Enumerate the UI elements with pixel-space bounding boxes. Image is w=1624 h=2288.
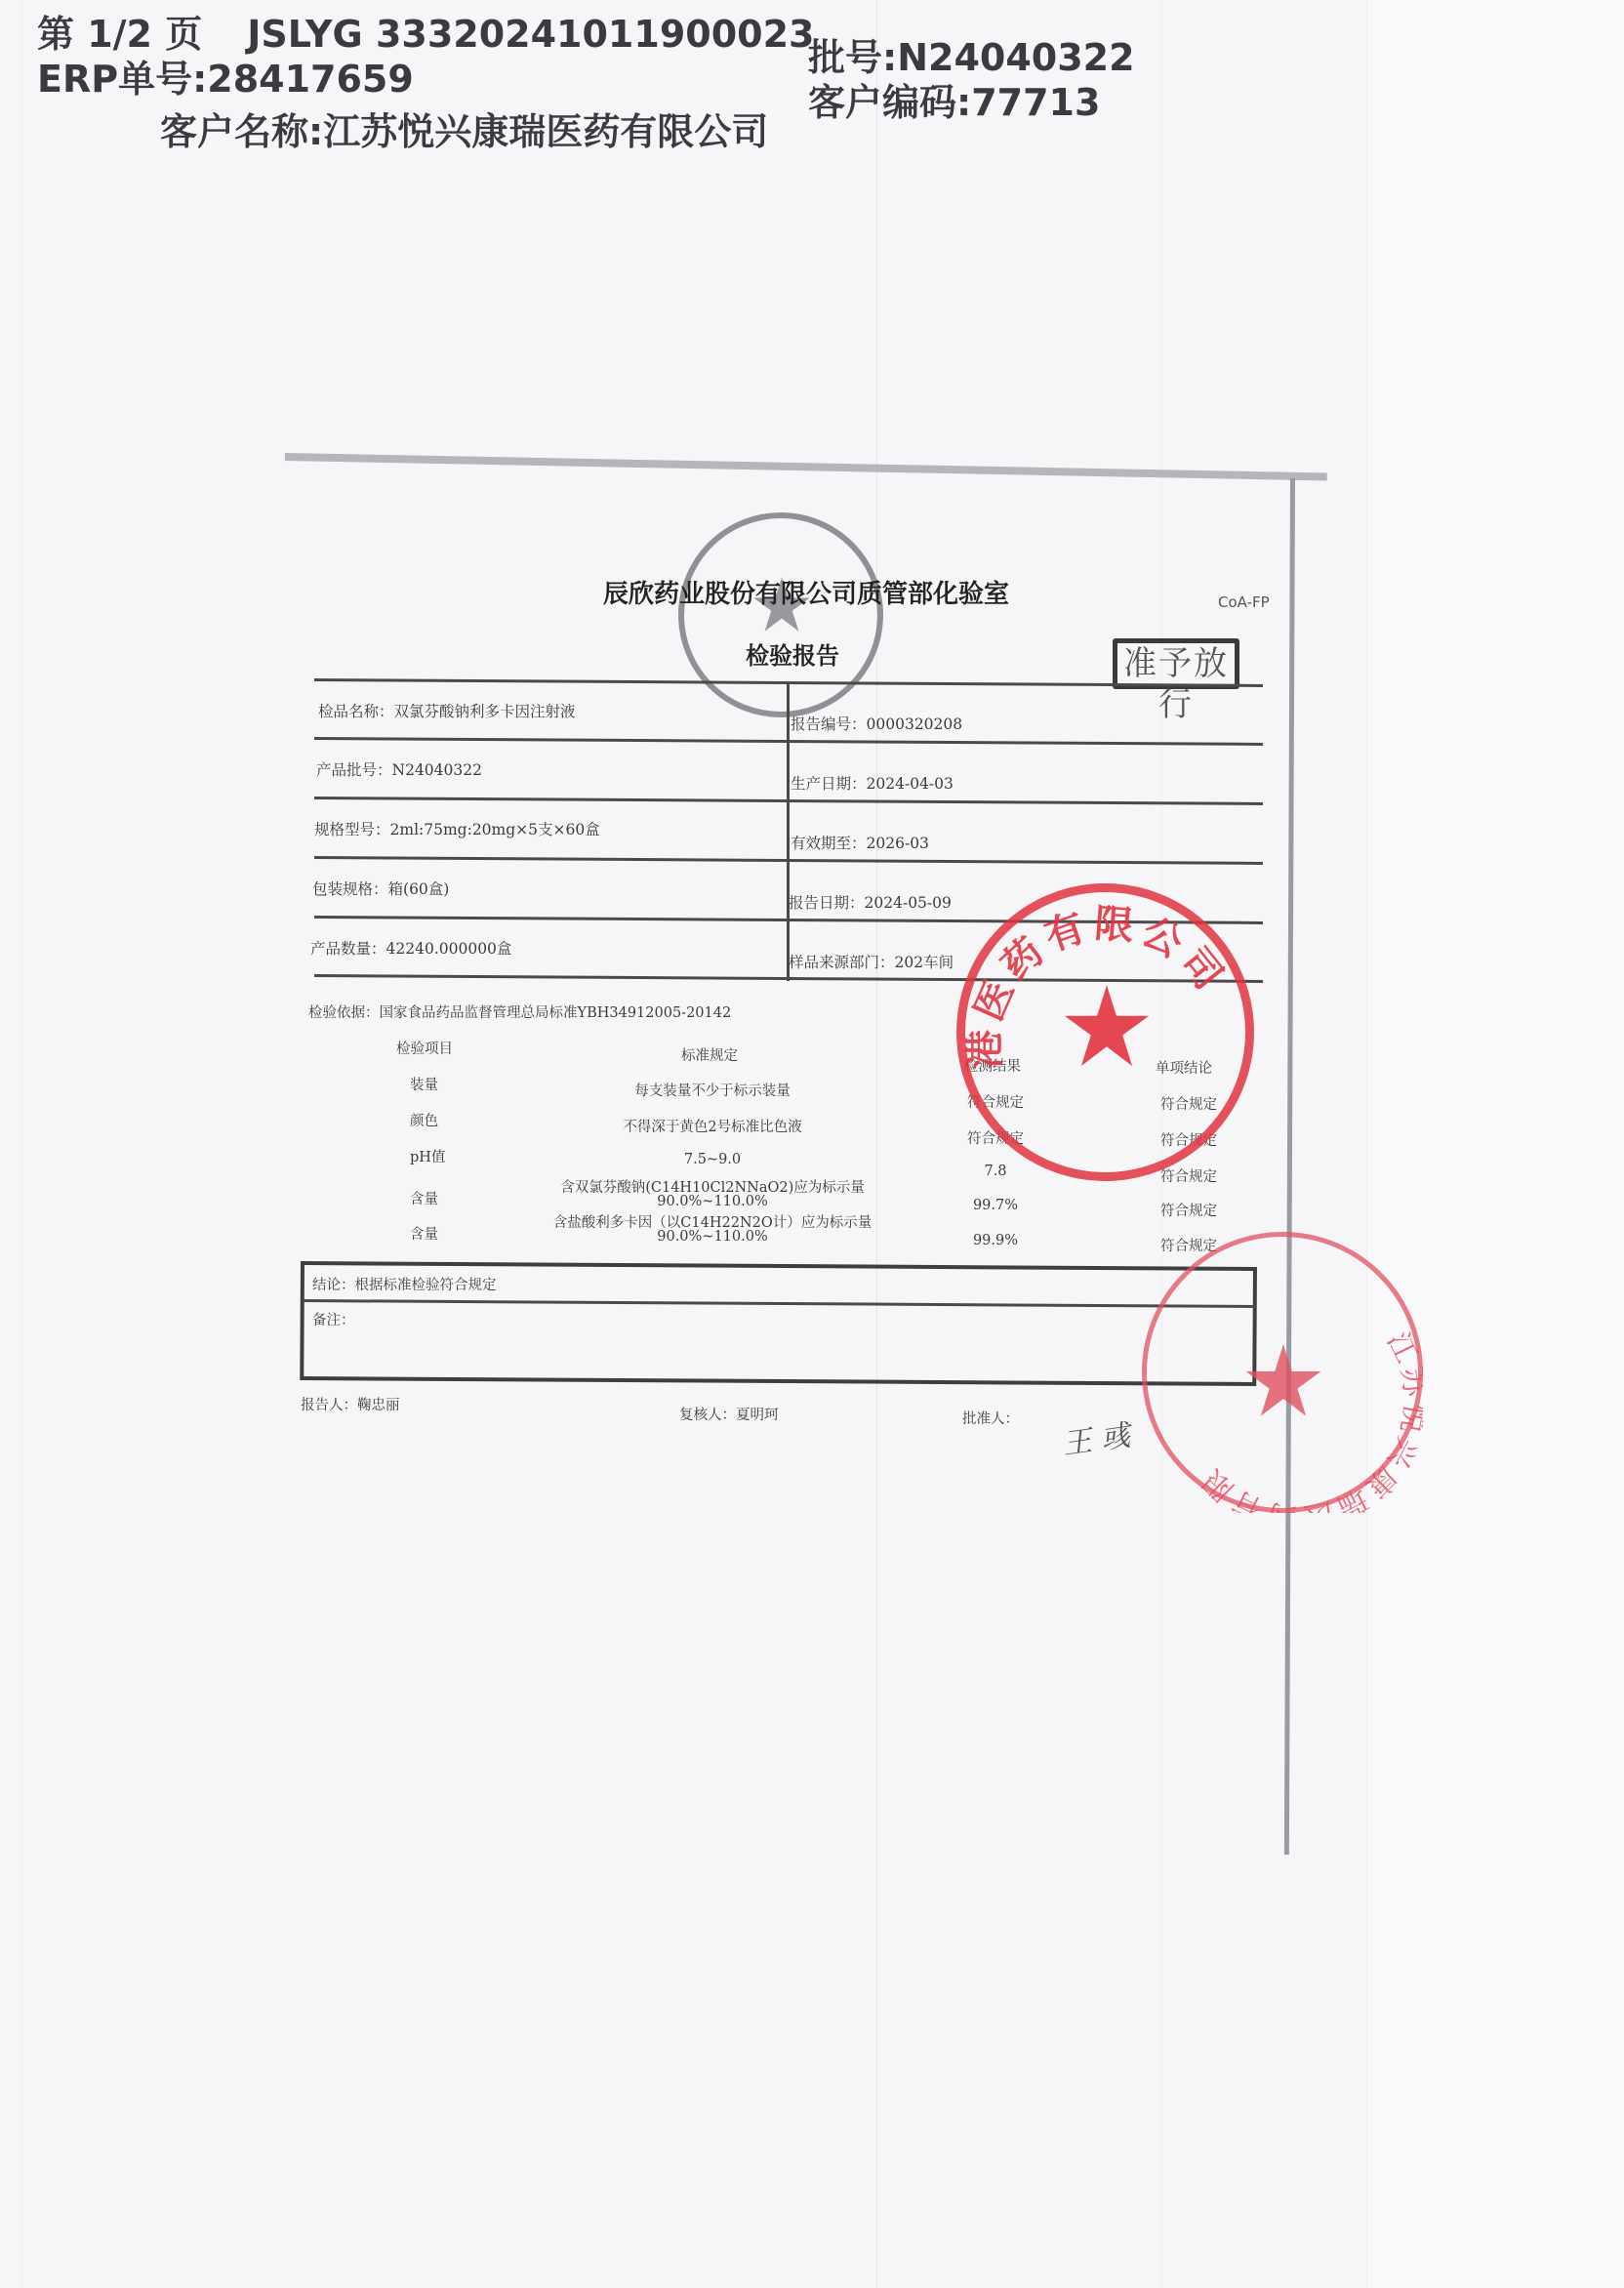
field-value: 42240.000000盒 (386, 940, 512, 958)
field-label: 产品数量： (310, 940, 386, 958)
field-quantity: 产品数量：42240.000000盒 (310, 937, 511, 959)
result-value: 99.9% (973, 1233, 1018, 1248)
conclusion-label: 结论： (312, 1278, 355, 1293)
reviewer-label: 复核人： (679, 1408, 736, 1423)
col-header-item: 检验项目 (396, 1038, 453, 1058)
field-value: 202车间 (895, 954, 954, 971)
approver-label: 批准人： (962, 1408, 1019, 1428)
customer-seal-red: 江苏悦兴康瑞医药有限公司 (1142, 1232, 1423, 1513)
field-value: 2026-03 (867, 835, 929, 852)
result-item: pH值 (410, 1146, 445, 1166)
reporter-name: 鞠忠丽 (357, 1398, 400, 1413)
col-header-standard: 标准规定 (681, 1044, 738, 1065)
field-label: 报告编号： (791, 715, 867, 733)
field-label: 检品名称： (318, 703, 394, 720)
result-item: 装量 (410, 1074, 438, 1094)
result-standard: 每支装量不少于标示装量 (634, 1080, 791, 1100)
field-value: 双氯芬酸钠利多卡因注射液 (394, 703, 576, 720)
result-item: 颜色 (410, 1110, 438, 1130)
field-label: 有效期至： (791, 835, 867, 852)
field-label: 样品来源部门： (789, 954, 895, 971)
basis-value: 国家食品药品监督管理总局标准YBH34912005-20142 (380, 1005, 732, 1021)
result-standard-range: 90.0%~110.0% (657, 1194, 768, 1209)
field-report-date: 报告日期：2024-05-09 (789, 891, 952, 913)
report-title: 检验报告 (746, 636, 839, 671)
field-label: 产品批号： (316, 761, 392, 779)
field-label: 报告日期： (789, 894, 865, 912)
field-product-name: 检品名称：双氯芬酸钠利多卡因注射液 (318, 700, 576, 721)
field-specification: 规格型号：2ml:75mg:20mg×5支×60盒 (314, 818, 600, 839)
conclusion-value: 根据标准检验符合规定 (355, 1278, 497, 1293)
result-conclusion: 符合规定 (1160, 1200, 1217, 1220)
field-label: 生产日期： (791, 775, 867, 793)
seal-text-ring: 江苏悦兴康瑞医药有限公司 (1142, 1232, 1423, 1513)
field-value: 2024-04-03 (867, 775, 954, 793)
field-value: 箱(60盒) (388, 880, 450, 898)
result-item: 含量 (410, 1223, 438, 1244)
field-report-number: 报告编号：0000320208 (791, 713, 962, 734)
seal-text-ring: 港医药有限公司 (956, 883, 1254, 1181)
field-sample-source: 样品来源部门：202车间 (789, 951, 954, 972)
reviewer-name: 夏明珂 (736, 1408, 779, 1423)
field-value: 2024-05-09 (865, 894, 952, 912)
field-production-date: 生产日期：2024-04-03 (791, 772, 954, 794)
field-value: N24040322 (392, 761, 482, 779)
inspection-basis: 检验依据：国家食品药品监督管理总局标准YBH34912005-20142 (308, 1001, 731, 1022)
form-code: CoA-FP (1218, 593, 1270, 611)
inspection-report: 辰欣药业股份有限公司质管部化验室 检验报告 CoA-FP 准予放行 检品名称：双… (0, 0, 1624, 2288)
company-title: 辰欣药业股份有限公司质管部化验室 (603, 574, 1009, 610)
quality-seal-red: 港医药有限公司 (956, 883, 1254, 1181)
release-stamp: 准予放行 (1113, 638, 1239, 689)
remark-label: 备注： (312, 1313, 355, 1328)
field-value: 0000320208 (867, 715, 963, 733)
result-standard-range: 90.0%~110.0% (657, 1229, 768, 1245)
result-item: 含量 (410, 1188, 438, 1208)
field-label: 规格型号： (314, 821, 390, 838)
reviewer: 复核人：夏明珂 (679, 1404, 779, 1424)
conclusion: 结论：根据标准检验符合规定 (312, 1274, 497, 1294)
field-expiry-date: 有效期至：2026-03 (791, 832, 929, 853)
reporter-label: 报告人： (301, 1398, 357, 1413)
approver-signature: 王 彧 (1059, 1410, 1132, 1462)
svg-text:江苏悦兴康瑞医药有限公司: 江苏悦兴康瑞医药有限公司 (1142, 1232, 1423, 1513)
remark: 备注： (312, 1309, 355, 1329)
result-value: 99.7% (973, 1198, 1018, 1213)
field-label: 包装规格： (312, 880, 388, 898)
field-batch-number: 产品批号：N24040322 (316, 758, 482, 780)
field-value: 2ml:75mg:20mg×5支×60盒 (390, 821, 600, 838)
result-standard: 7.5~9.0 (684, 1152, 741, 1167)
reporter: 报告人：鞠忠丽 (301, 1394, 400, 1414)
table-divider (787, 683, 790, 981)
field-packaging: 包装规格：箱(60盒) (312, 878, 449, 899)
basis-label: 检验依据： (308, 1005, 380, 1021)
svg-text:港医药有限公司: 港医药有限公司 (963, 901, 1235, 1069)
result-standard: 不得深于黄色2号标准比色液 (623, 1116, 801, 1136)
